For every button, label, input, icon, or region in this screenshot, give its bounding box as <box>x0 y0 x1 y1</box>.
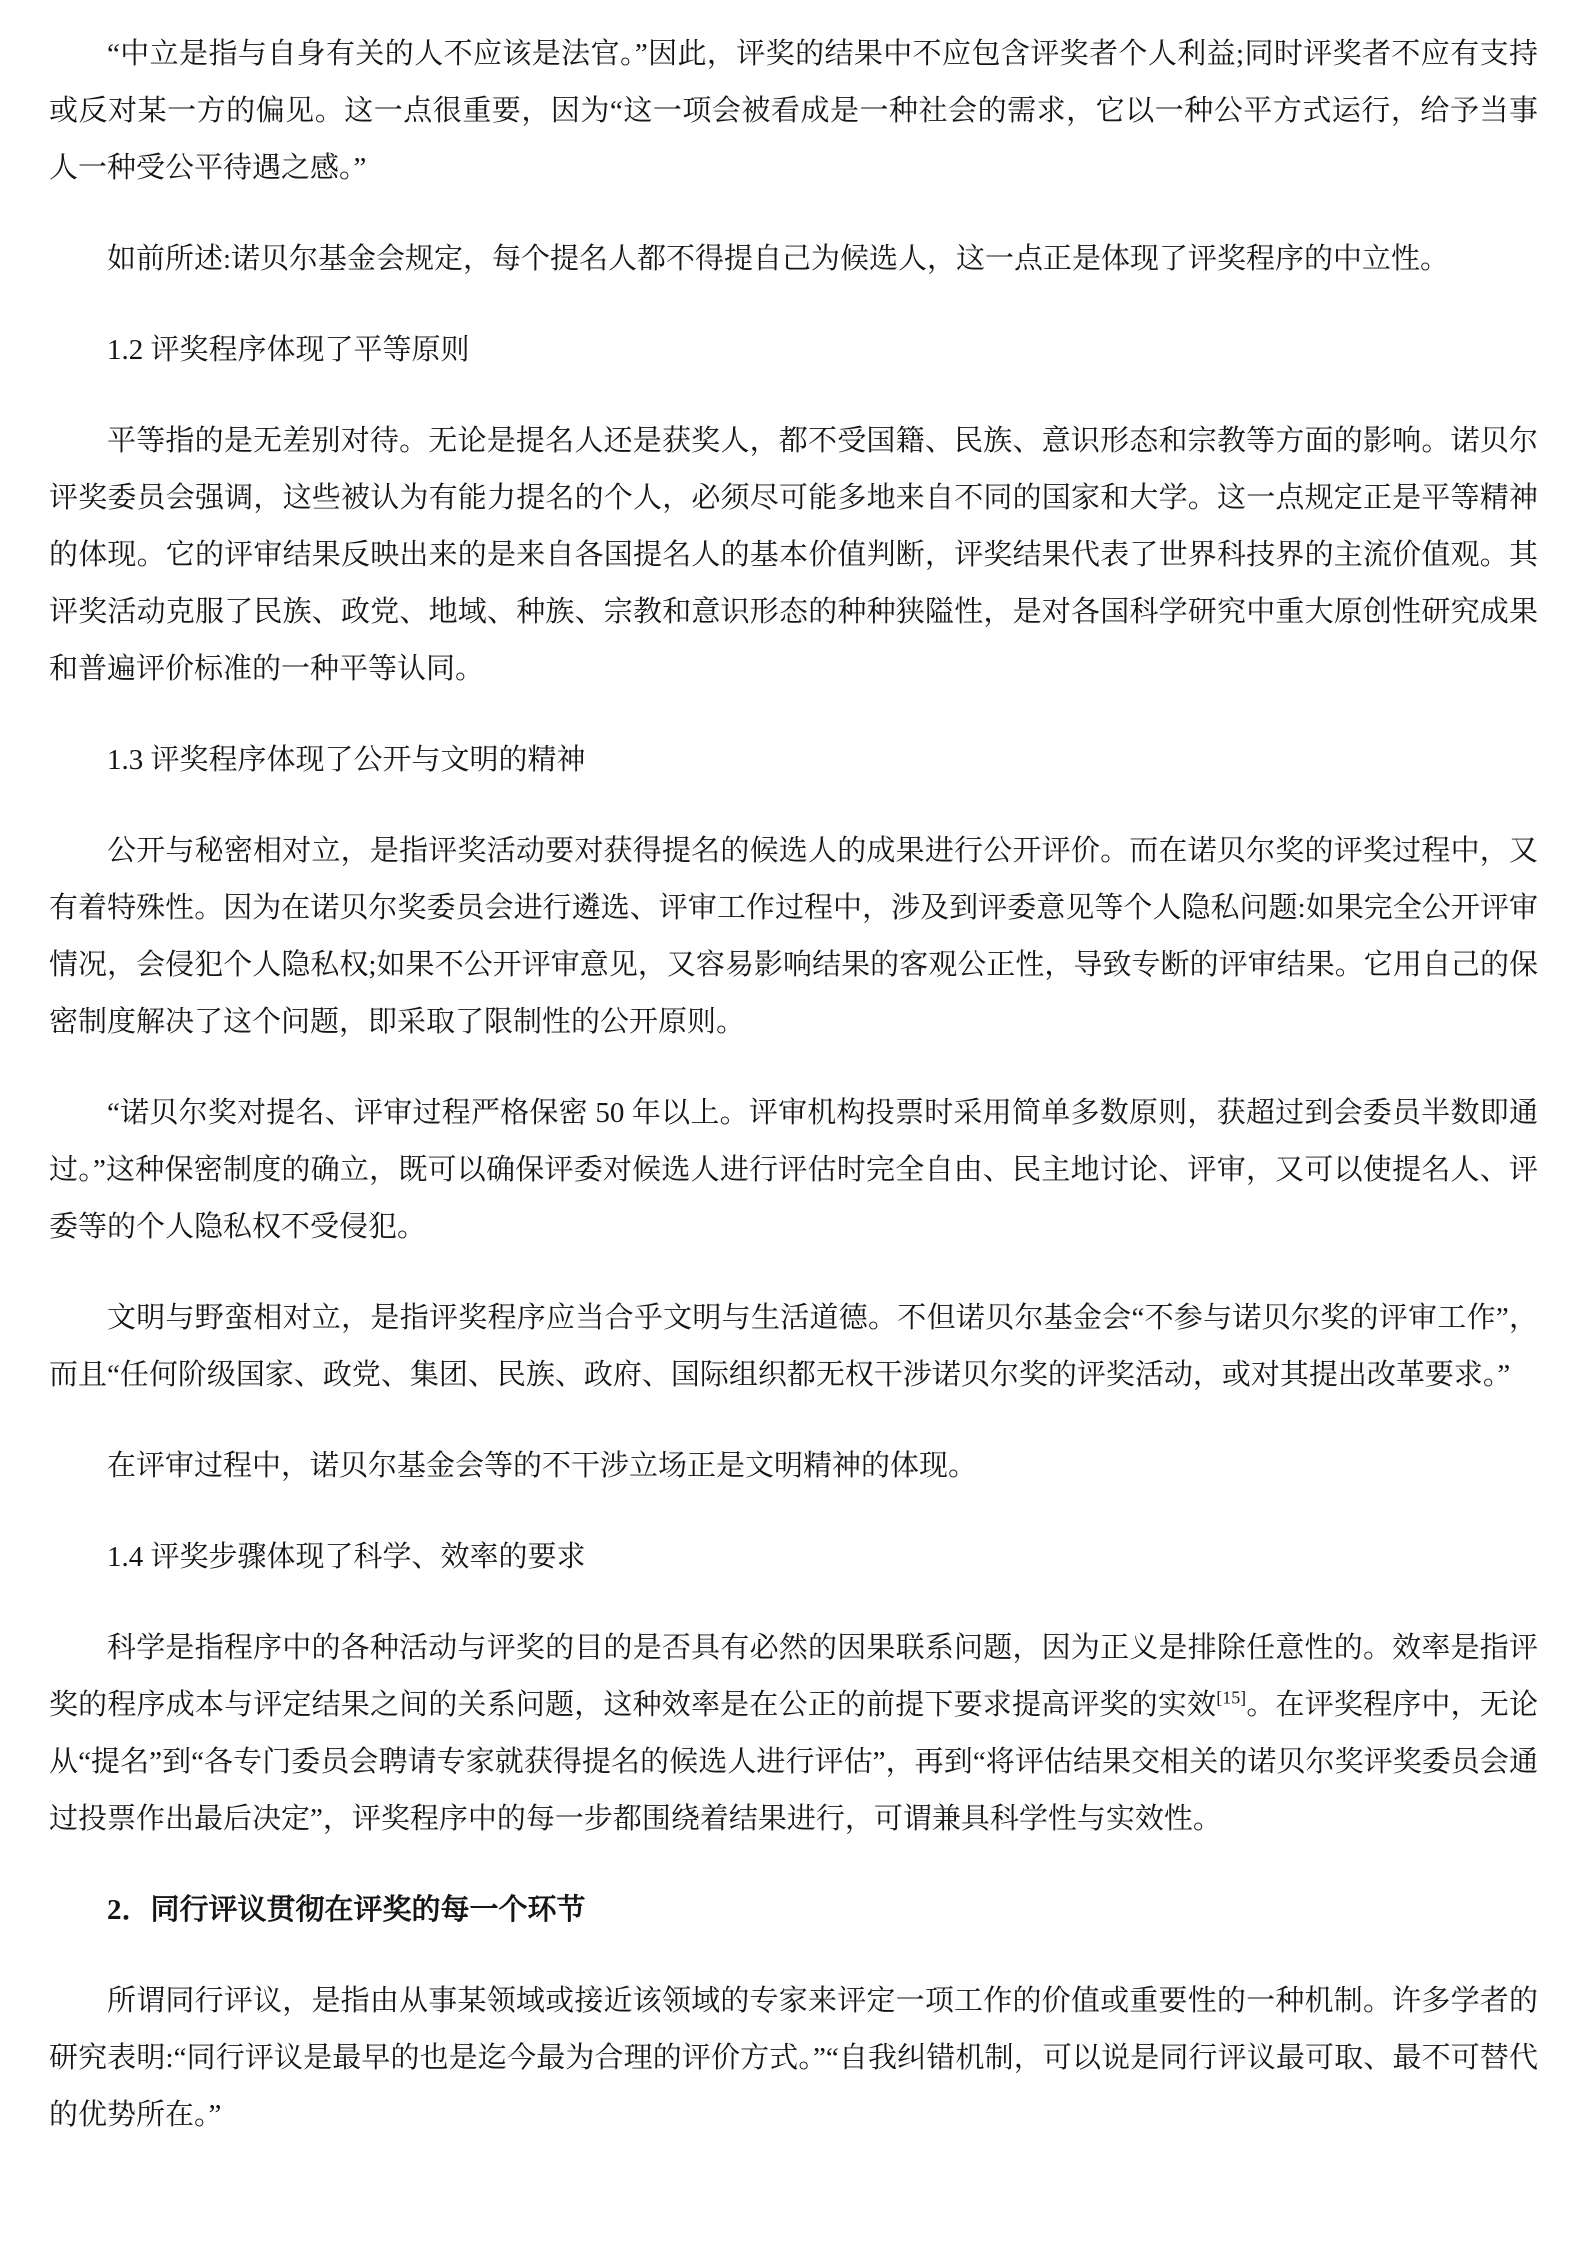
text-run: 公开与秘密相对立，是指评奖活动要对获得提名的候选人的成果进行公开评价。而在诺贝尔… <box>49 835 1538 1038</box>
section-heading: 1.3 评奖程序体现了公开与文明的精神 <box>49 732 1538 789</box>
body-paragraph: 在评审过程中，诺贝尔基金会等的不干涉立场正是文明精神的体现。 <box>49 1438 1538 1495</box>
text-run: “中立是指与自身有关的人不应该是法官。”因此，评奖的结果中不应包含评奖者个人利益… <box>49 38 1538 184</box>
text-run: 在评审过程中，诺贝尔基金会等的不干涉立场正是文明精神的体现。 <box>107 1450 977 1482</box>
section-heading: 2．同行评议贯彻在评奖的每一个环节 <box>49 1882 1538 1939</box>
footnote-reference: [15] <box>1216 1687 1246 1707</box>
body-paragraph: 公开与秘密相对立，是指评奖活动要对获得提名的候选人的成果进行公开评价。而在诺贝尔… <box>49 823 1538 1051</box>
text-run: 文明与野蛮相对立，是指评奖程序应当合乎文明与生活道德。不但诺贝尔基金会“不参与诺… <box>49 1302 1538 1391</box>
body-paragraph: 平等指的是无差别对待。无论是提名人还是获奖人，都不受国籍、民族、意识形态和宗教等… <box>49 413 1538 698</box>
text-run: 1.4 评奖步骤体现了科学、效率的要求 <box>107 1541 586 1573</box>
text-run: 所谓同行评议，是指由从事某领域或接近该领域的专家来评定一项工作的价值或重要性的一… <box>49 1985 1538 2131</box>
body-paragraph: “中立是指与自身有关的人不应该是法官。”因此，评奖的结果中不应包含评奖者个人利益… <box>49 26 1538 197</box>
text-run: “诺贝尔奖对提名、评审过程严格保密 50 年以上。评审机构投票时采用简单多数原则… <box>49 1097 1538 1243</box>
body-paragraph: 如前所述:诺贝尔基金会规定，每个提名人都不得提自己为候选人，这一点正是体现了评奖… <box>49 231 1538 288</box>
text-run: 2．同行评议贯彻在评奖的每一个环节 <box>107 1894 586 1926</box>
body-paragraph: 科学是指程序中的各种活动与评奖的目的是否具有必然的因果联系问题，因为正义是排除任… <box>49 1620 1538 1848</box>
body-paragraph: “诺贝尔奖对提名、评审过程严格保密 50 年以上。评审机构投票时采用简单多数原则… <box>49 1085 1538 1256</box>
text-run: 1.2 评奖程序体现了平等原则 <box>107 334 470 366</box>
section-heading: 1.2 评奖程序体现了平等原则 <box>49 322 1538 379</box>
text-run: 如前所述:诺贝尔基金会规定，每个提名人都不得提自己为候选人，这一点正是体现了评奖… <box>107 243 1449 275</box>
text-run: 平等指的是无差别对待。无论是提名人还是获奖人，都不受国籍、民族、意识形态和宗教等… <box>49 425 1538 685</box>
body-paragraph: 所谓同行评议，是指由从事某领域或接近该领域的专家来评定一项工作的价值或重要性的一… <box>49 1973 1538 2144</box>
body-paragraph: 文明与野蛮相对立，是指评奖程序应当合乎文明与生活道德。不但诺贝尔基金会“不参与诺… <box>49 1290 1538 1404</box>
document-page: “中立是指与自身有关的人不应该是法官。”因此，评奖的结果中不应包含评奖者个人利益… <box>0 0 1587 2245</box>
document-content: “中立是指与自身有关的人不应该是法官。”因此，评奖的结果中不应包含评奖者个人利益… <box>49 26 1538 2144</box>
text-run: 1.3 评奖程序体现了公开与文明的精神 <box>107 744 586 776</box>
section-heading: 1.4 评奖步骤体现了科学、效率的要求 <box>49 1529 1538 1586</box>
